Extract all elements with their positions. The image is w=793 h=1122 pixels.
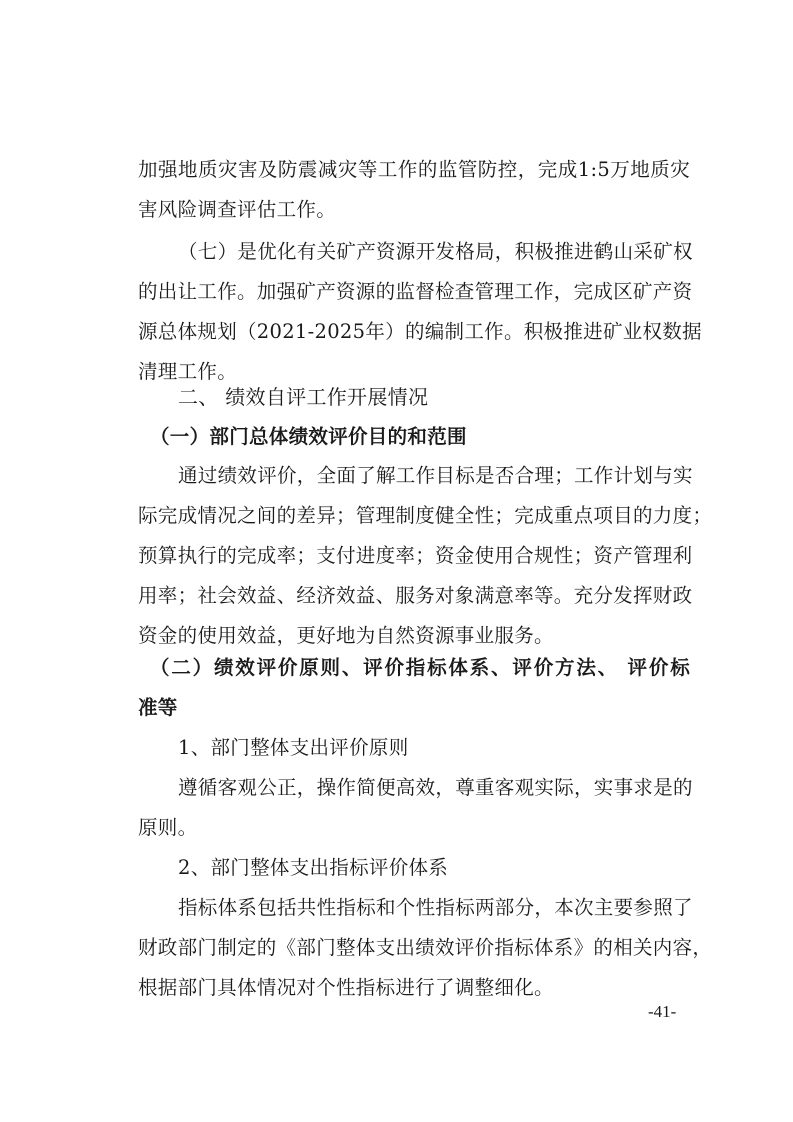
subsection-heading: （一）部门总体绩效评价目的和范围 [150,417,467,457]
item-title: 2、部门整体支出指标评价体系 [178,848,448,888]
paragraph-line: 预算执行的完成率；支付进度率；资金使用合规性；资产管理利 [138,536,690,576]
paragraph-line: 际完成情况之间的差异；管理制度健全性；完成重点项目的力度； [138,496,690,536]
paragraph-line: 通过绩效评价，全面了解工作目标是否合理；工作计划与实 [178,456,690,496]
paragraph-line: 害风险调查评估工作。 [138,190,336,230]
paragraph-line: 的出让工作。加强矿产资源的监督检查管理工作，完成区矿产资 [138,272,690,312]
paragraph-line: 指标体系包括共性指标和个性指标两部分，本次主要参照了 [178,888,690,928]
paragraph-line: 根据部门具体情况对个性指标进行了调整细化。 [138,968,554,1008]
paragraph-line: 财政部门制定的《部门整体支出绩效评价指标体系》的相关内容， [138,928,690,968]
section-heading: 二、 绩效自评工作开展情况 [178,377,428,417]
paragraph-line: 加强地质灾害及防震减灾等工作的监管防控，完成1:5万地质灾 [138,150,690,190]
paragraph-line: 原则。 [138,808,197,848]
paragraph-line: 用率；社会效益、经济效益、服务对象满意率等。充分发挥财政 [138,576,690,616]
item-title: 1、部门整体支出评价原则 [178,728,409,768]
paragraph-line: （七）是优化有关矿产资源开发格局，积极推进鹤山采矿权 [178,232,690,272]
subsection-heading: （二）绩效评价原则、评价指标体系、评价方法、 评价标 [150,648,690,688]
paragraph-line: 源总体规划（2021-2025年）的编制工作。积极推进矿业权数据 [138,312,690,352]
page-number: -41- [648,1000,676,1024]
document-page: 加强地质灾害及防震减灾等工作的监管防控，完成1:5万地质灾 害风险调查评估工作。… [0,0,793,1122]
subsection-heading: 准等 [138,688,178,728]
paragraph-line: 遵循客观公正，操作简便高效，尊重客观实际，实事求是的 [178,768,690,808]
